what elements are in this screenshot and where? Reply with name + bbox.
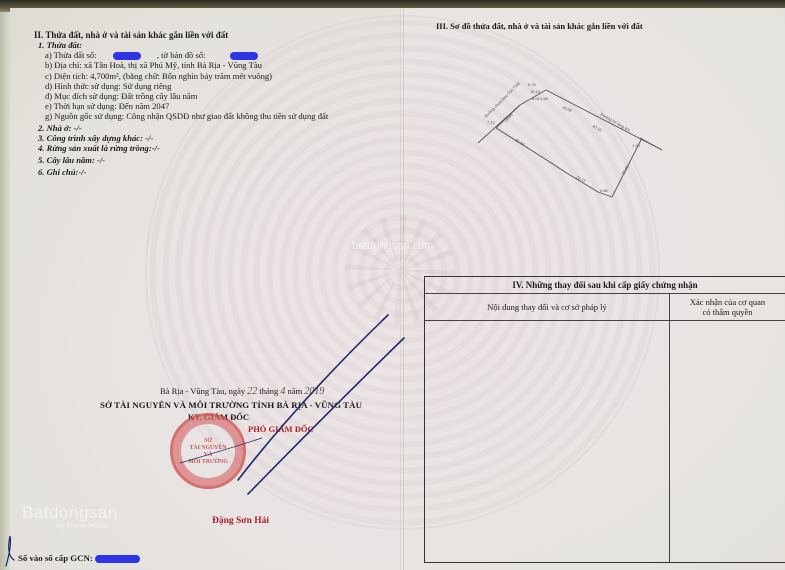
map-sheet-label: , tờ bản đồ số: (157, 50, 206, 60)
stamp-line: MÔI TRƯỜNG (173, 459, 243, 466)
issuing-organization: SỞ TÀI NGUYÊN VÀ MÔI TRƯỜNG TỈNH BÀ RỊA … (100, 400, 362, 410)
signing-date-line: Bà Rịa - Vũng Tàu, ngày 22 tháng 4 năm 2… (160, 386, 324, 397)
land-heading: 1. Thửa đất: (38, 40, 328, 50)
stamp-text: SỞ TÀI NGUYÊN VÀ MÔI TRƯỜNG (173, 438, 243, 466)
parcel-row: a) Thửa đất số: , tờ bản đồ số: (38, 50, 328, 60)
redacted-gcn-number (95, 555, 140, 563)
changes-table-title: IV. Những thay đổi sau khi cấp giấy chứn… (425, 277, 785, 294)
use-form-row: d) Hình thức sử dụng: Sử dụng riêng (38, 81, 328, 91)
change-content-cell (425, 321, 670, 562)
item-planted-forest: 4. Rừng sản xuất là rừng trồng:-/- (38, 143, 328, 153)
item-other-construction: 3. Công trình xây dựng khác: -/- (38, 133, 328, 143)
signing-month: 4 (280, 386, 285, 397)
signing-year: 2019 (304, 386, 324, 397)
signer-name: Đặng Sơn Hải (212, 516, 269, 526)
col2-line1: Xác nhận của cơ quan (670, 297, 785, 307)
item-notes: 6. Ghi chú:-/- (38, 167, 328, 177)
item-house: 2. Nhà ở: -/- (38, 123, 328, 133)
col2-line2: có thẩm quyền (670, 307, 785, 317)
section-3-title: III. Sơ đồ thửa đất, nhà ở và tài sản kh… (436, 21, 643, 31)
watermark-brand: Batdongsan (22, 503, 118, 522)
signing-place: Bà Rịa - Vũng Tàu, ngày (160, 386, 245, 396)
origin-row: g) Nguồn gốc sử dụng: Công nhận QSDĐ như… (38, 111, 328, 121)
use-purpose-row: đ) Mục đích sử dụng: Đất trồng cây lâu n… (38, 91, 328, 101)
watermark-tagline: by PropertyGuru (22, 523, 118, 530)
stamp-line: VÀ (173, 452, 243, 459)
center-watermark: batdongsan.com (352, 240, 433, 252)
land-details: 1. Thửa đất: a) Thửa đất số: , tờ bản đồ… (38, 40, 328, 178)
stamp-line: TÀI NGUYÊN (173, 445, 243, 452)
page-fold (400, 8, 404, 570)
redacted-parcel-number (113, 52, 141, 60)
redacted-map-sheet-number (230, 52, 258, 60)
signing-day: 22 (247, 386, 257, 397)
col-authority-confirmation: Xác nhận của cơ quan có thẩm quyền (670, 294, 785, 320)
gcn-label: Số vào sổ cấp GCN: (18, 553, 93, 563)
cover-edge (0, 12, 10, 570)
parcel-label: a) Thửa đất số: (45, 50, 97, 60)
changes-table-body (425, 321, 785, 562)
gcn-register-row: Số vào sổ cấp GCN: (18, 553, 140, 563)
changes-table-header: Nội dung thay đổi và cơ sở pháp lý Xác n… (425, 294, 785, 321)
use-term-row: e) Thời hạn sử dụng: Đến năm 2047 (38, 101, 328, 111)
deputy-director-title: PHÓ GIÁM ĐỐC (248, 424, 314, 434)
col-change-content: Nội dung thay đổi và cơ sở pháp lý (425, 294, 670, 320)
section-2-title: II. Thửa đất, nhà ở và tài sản khác gắn … (34, 30, 228, 40)
area-row: c) Diện tích: 4,700m², (bằng chữ: Bốn ng… (38, 71, 328, 81)
address-row: b) Địa chỉ: xã Tân Hoà, thị xã Phú Mỹ, t… (38, 60, 328, 70)
year-label: năm (288, 386, 303, 396)
stamp-line: SỞ (173, 438, 243, 445)
official-stamp: SỞ TÀI NGUYÊN VÀ MÔI TRƯỜNG (170, 413, 246, 489)
brand-watermark: Batdongsan by PropertyGuru (22, 503, 118, 530)
item-perennial-trees: 5. Cây lâu năm: -/- (38, 155, 328, 165)
authority-cell (670, 321, 785, 562)
month-label: tháng (259, 386, 278, 396)
changes-table: IV. Những thay đổi sau khi cấp giấy chứn… (424, 276, 785, 563)
